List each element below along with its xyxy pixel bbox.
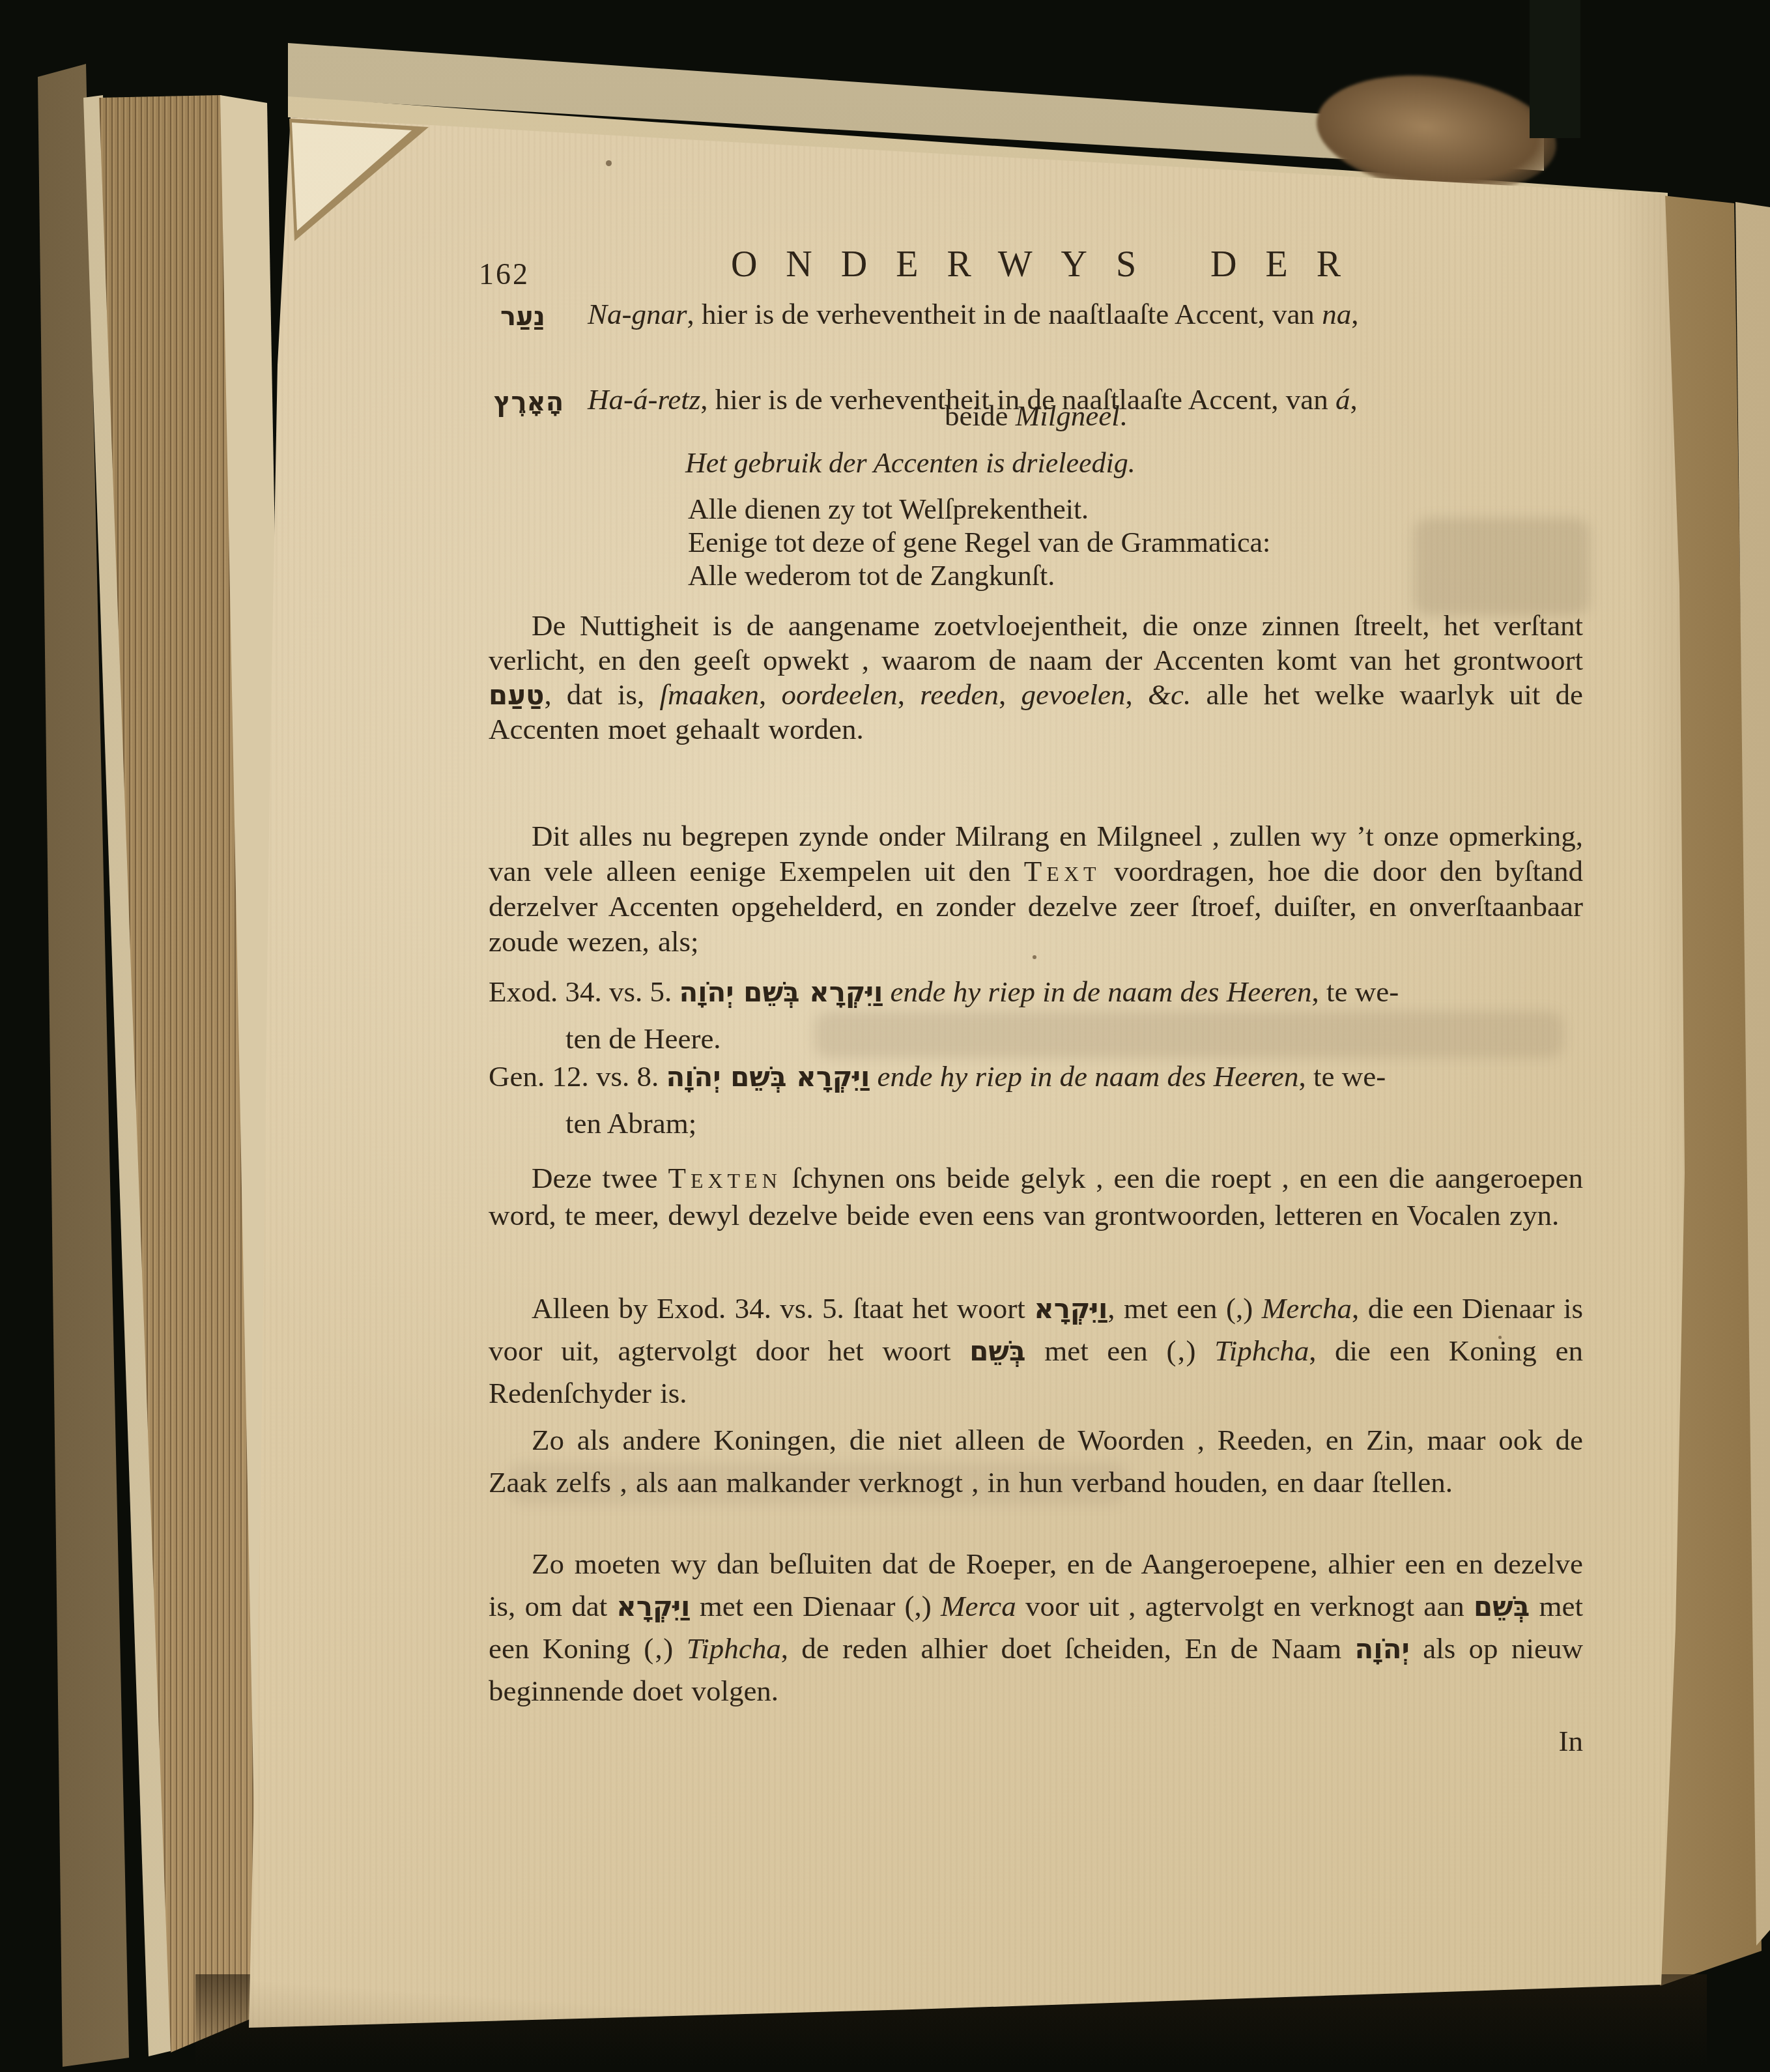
text-run: Exod. 34. vs. 5.: [489, 975, 679, 1008]
text-run: oordeelen: [782, 678, 898, 711]
entry-text: Na-gnar, hier is de verheventheit in de …: [489, 297, 1583, 332]
text-run: reeden: [920, 678, 999, 711]
text-run: Milgneel: [1016, 399, 1120, 432]
text-run: met een Dienaar (,): [690, 1590, 941, 1622]
paragraph-koningen: Zo als andere Koningen, die niet alleen …: [489, 1419, 1583, 1504]
quote-genesis: Gen. 12. vs. 8. וַיִּקְרָא בְּשֵׁם יְהֹו…: [489, 1057, 1583, 1097]
book-scan-photo: 162 ONDERWYS DER נַעַר Na-gnar, hier is …: [0, 0, 1770, 2072]
text-run: ende hy riep in de naam des Heeren: [891, 975, 1312, 1008]
hebrew-phrase-vayikra: וַיִּקְרָא בְּשֵׁם יְהֹוָה: [666, 1061, 870, 1093]
text-run: Tiphcha: [1214, 1334, 1309, 1367]
text-run: Tiphcha: [687, 1632, 781, 1665]
text-run: beide: [945, 399, 1016, 432]
usage-line: Eenige tot deze of gene Regel van de Gra…: [688, 526, 1600, 559]
text-run: Gen. 12. vs. 8.: [489, 1060, 666, 1093]
text-run: ,: [1126, 678, 1149, 711]
paragraph-alleen-by: Alleen by Exod. 34. vs. 5. ſtaat het woo…: [489, 1288, 1583, 1414]
text-run: met een (‚): [1026, 1334, 1215, 1367]
hebrew-word-taam: טַעַם: [489, 679, 544, 711]
catchword: In: [489, 1724, 1583, 1759]
hebrew-word-yhwh: יְהֹוָה: [1355, 1633, 1410, 1665]
text-run: Merca: [941, 1590, 1016, 1622]
paragraph-deze-twee: Deze twee Texten ſchynen ons beide gelyk…: [489, 1160, 1583, 1234]
text-run: Deze twee: [532, 1162, 668, 1194]
text-run: ſmaaken: [660, 678, 759, 711]
text-run: voor uit , agtervolgt en verknogt aan: [1016, 1590, 1474, 1622]
running-header: ONDERWYS DER: [489, 248, 1583, 282]
text-run: , met een (,): [1107, 1292, 1261, 1325]
text-run: [883, 975, 890, 1008]
smallcaps-text: Texten: [668, 1162, 781, 1194]
text-run: Zo als andere Koningen, die niet alleen …: [489, 1424, 1583, 1499]
smallcaps-text: Text: [1024, 855, 1101, 887]
text-run: gevoelen: [1021, 678, 1126, 711]
hebrew-word-beshem: בְּשֵׁם: [969, 1335, 1025, 1367]
text-run: Na-gnar: [588, 298, 687, 330]
usage-heading: Het gebruik der Accenten is drieleedig.: [685, 446, 1597, 480]
paragraph-milrang: Dit alles nu begrepen zynde onder Milran…: [489, 818, 1583, 959]
paragraph-nuttigheit: De Nuttigheit is de aangename zoetvloeje…: [489, 609, 1583, 747]
text-run: , de reden alhier doet ſcheiden, En de N…: [781, 1632, 1355, 1665]
text-run: Alleen by Exod. 34. vs. 5. ſtaat het woo…: [532, 1292, 1034, 1325]
quote-exodus-continuation: ten de Heere.: [565, 1022, 1217, 1056]
printed-text-layer: 162 ONDERWYS DER נַעַר Na-gnar, hier is …: [0, 0, 1770, 2072]
text-run: .: [1120, 399, 1127, 432]
usage-lines: Alle dienen zy tot Welſprekentheit. Eeni…: [688, 493, 1600, 592]
margin-hebrew-word: נַעַר: [500, 300, 545, 334]
text-run: De Nuttigheit is de aangename zoetvloeje…: [489, 609, 1583, 676]
text-run: ,: [1351, 298, 1358, 330]
text-run: na: [1322, 298, 1351, 330]
hebrew-phrase-vayikra: וַיִּקְרָא בְּשֵׁם יְהֹוָה: [679, 976, 883, 1008]
text-run: ,: [759, 678, 782, 711]
text-run: Mercha: [1262, 1292, 1352, 1325]
text-run: , te we-: [1311, 975, 1399, 1008]
text-run: ,: [898, 678, 921, 711]
paragraph-besluit: Zo moeten wy dan beſluiten dat de Roeper…: [489, 1543, 1583, 1712]
text-run: [870, 1060, 877, 1093]
text-run: , dat is,: [544, 678, 659, 711]
usage-line: Alle dienen zy tot Welſprekentheit.: [688, 493, 1600, 526]
hebrew-word-beshem: בְּשֵׁם: [1474, 1590, 1530, 1622]
text-run: , te we-: [1298, 1060, 1386, 1093]
hebrew-word-vayikra: וַיִּקְרָא: [616, 1590, 690, 1622]
text-run: , hier is de verheventheit in de naaſtla…: [687, 298, 1322, 330]
text-run: ,: [999, 678, 1021, 711]
hebrew-word-vayikra: וַיִּקְרָא: [1034, 1293, 1107, 1325]
usage-line: Alle wederom tot de Zangkunſt.: [688, 559, 1600, 592]
text-run: ende hy riep in de naam des Heeren: [878, 1060, 1299, 1093]
beide-milgneel-line: beide Milgneel.: [489, 399, 1583, 433]
quote-exodus: Exod. 34. vs. 5. וַיִּקְרָא בְּשֵׁם יְהֹ…: [489, 972, 1583, 1012]
text-run: &c.: [1148, 678, 1191, 711]
accent-entry-nagnar: נַעַר Na-gnar, hier is de verheventheit …: [489, 297, 1583, 332]
quote-genesis-continuation: ten Abram;: [565, 1106, 1217, 1141]
